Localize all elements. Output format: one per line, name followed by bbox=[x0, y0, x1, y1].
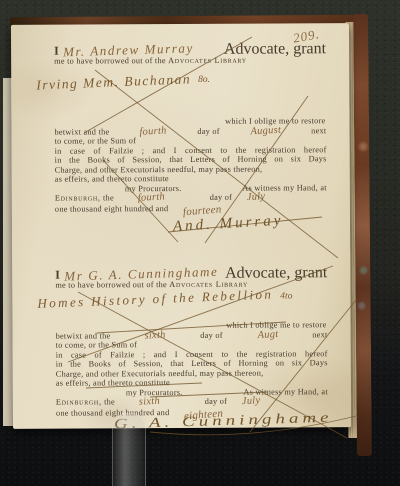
book-title-handwritten: Irving Mem. Buchanan 8o. bbox=[36, 65, 326, 118]
book-title: Homes History of the Rebellion bbox=[37, 286, 273, 311]
marbled-binding-edge bbox=[353, 14, 372, 456]
borrower-name-handwritten: Mr. Andrew Murray bbox=[63, 42, 194, 57]
next-label: next bbox=[311, 126, 326, 136]
year-line: one thousand eight hundred and fourteen bbox=[55, 202, 327, 213]
borrow-entry-2: I Mr G. A. Cunninghame Advocate, grant m… bbox=[55, 267, 328, 416]
return-day-handwritten: sixth bbox=[145, 330, 167, 342]
signed-month-handwritten: July bbox=[241, 396, 260, 408]
register-page: 209. I Mr. Andrew Murray Advocate, grant… bbox=[11, 23, 351, 429]
book-format: 4to bbox=[280, 291, 292, 301]
library-name: Advocates Library bbox=[168, 56, 247, 65]
return-month-handwritten: August bbox=[250, 125, 281, 137]
borrower-line: I Mr G. A. Cunninghame Advocate, grant bbox=[55, 267, 327, 279]
borrower-name-handwritten: Mr G. A. Cunninghame bbox=[64, 266, 218, 282]
betwixt-prefix: betwixt and the bbox=[54, 127, 109, 137]
book-title: Irving Mem. Buchanan bbox=[36, 71, 191, 93]
signed-month-handwritten: July bbox=[246, 192, 265, 204]
the-label: the bbox=[104, 397, 115, 406]
betwixt-prefix: betwixt and the bbox=[56, 331, 111, 341]
year-prefix: one thousand eight hundred and bbox=[55, 204, 169, 214]
book-title-handwritten: Homes History of the Rebellion 4to bbox=[37, 289, 327, 322]
the-label: the bbox=[103, 193, 114, 202]
day-of-label: day of bbox=[200, 330, 223, 340]
signed-day-handwritten: fourth bbox=[138, 192, 166, 204]
return-day-handwritten: fourth bbox=[139, 126, 167, 138]
next-label: next bbox=[312, 330, 327, 340]
day-of-label: day of bbox=[197, 126, 220, 136]
advocate-grant-label: Advocate, grant bbox=[224, 43, 326, 55]
page-holder-strap bbox=[112, 413, 146, 486]
edinburgh-label: Edinburgh, bbox=[56, 397, 102, 406]
books-of-session-line: in the Books of Session, that Letters of… bbox=[56, 358, 328, 369]
signed-day-handwritten: sixth bbox=[139, 397, 161, 409]
day-of-label: day of bbox=[205, 397, 228, 406]
edinburgh-label: Edinburgh, bbox=[55, 193, 101, 202]
book-format: 8o. bbox=[198, 75, 210, 85]
return-month-handwritten: Augt bbox=[257, 329, 278, 341]
borrower-line: I Mr. Andrew Murray Advocate, grant bbox=[54, 43, 326, 55]
borrow-entry-1: I Mr. Andrew Murray Advocate, grant me t… bbox=[54, 43, 327, 212]
books-of-session-line: in the Books of Session, that Letters of… bbox=[55, 154, 327, 165]
advocate-grant-label: Advocate, grant bbox=[225, 267, 327, 279]
day-of-label: day of bbox=[210, 193, 233, 202]
